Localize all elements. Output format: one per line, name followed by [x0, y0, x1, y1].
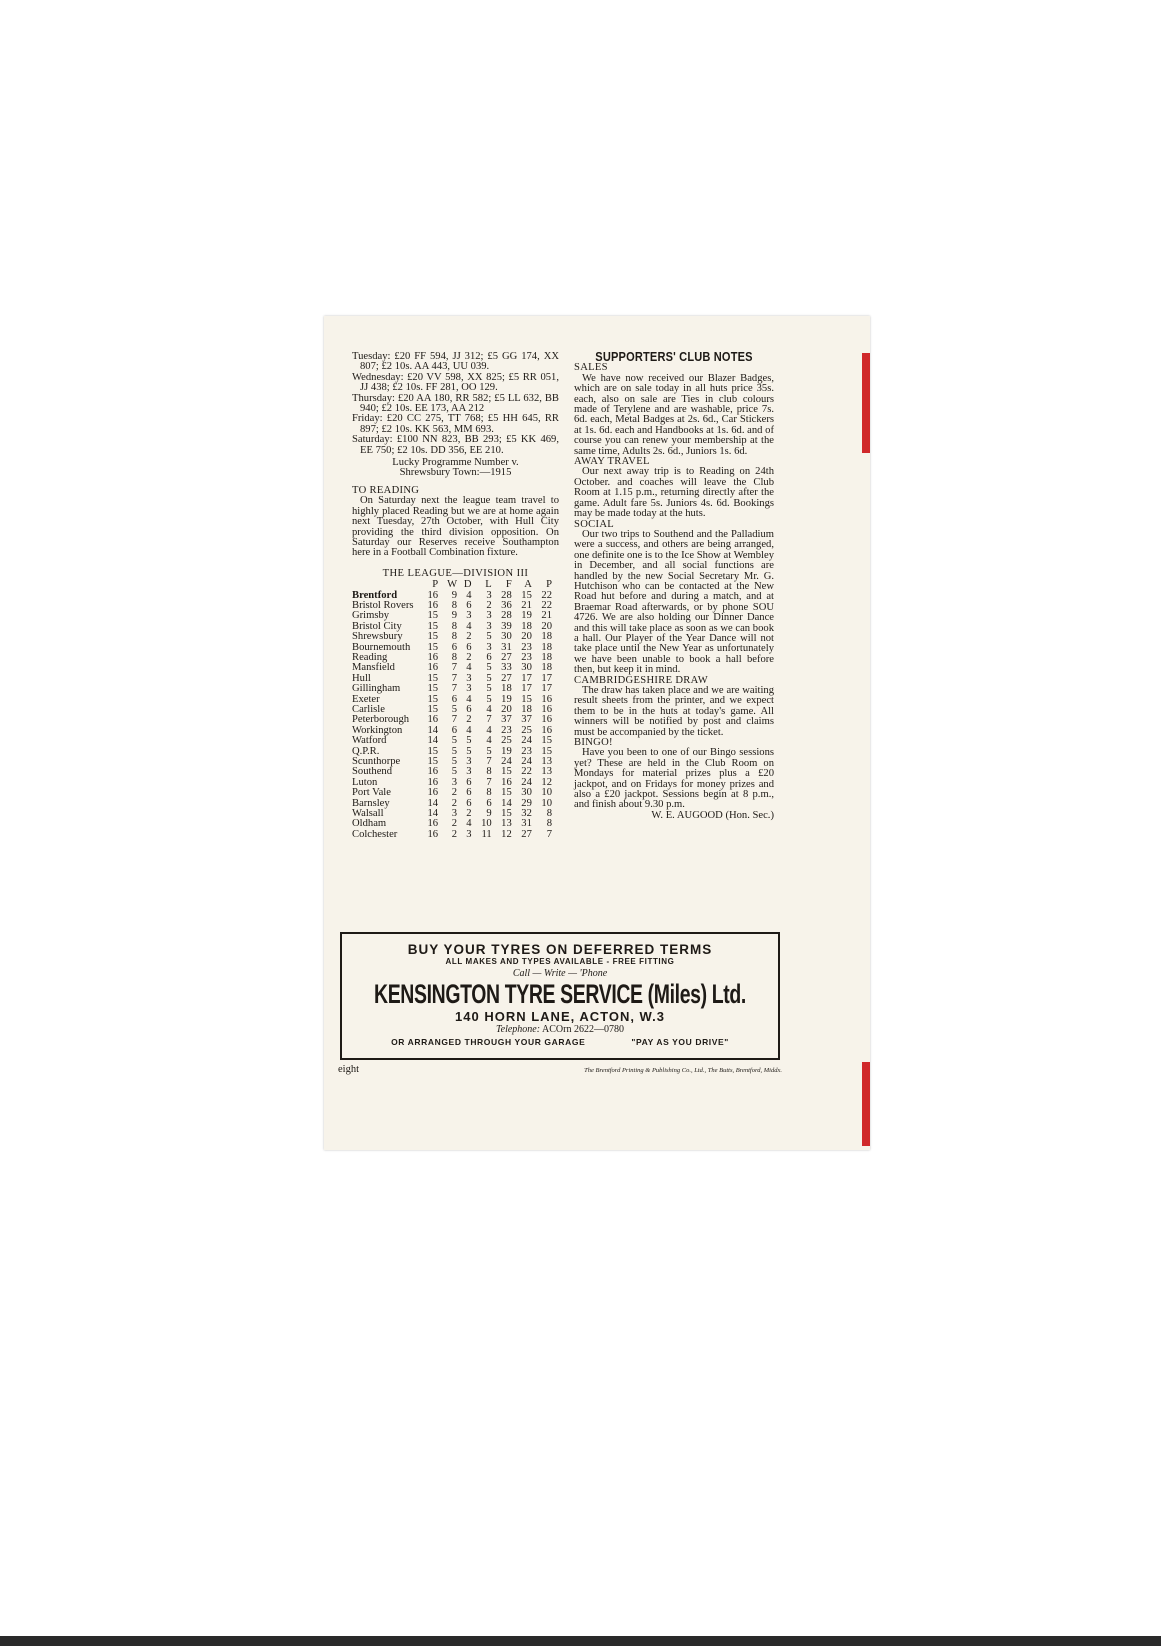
stat-cell: 15 [418, 632, 438, 642]
section-body: The draw has taken place and we are wait… [574, 686, 774, 738]
league-column-header: A [512, 580, 532, 590]
prize-draw-saturday: Saturday: £100 NN 823, BB 293; £5 KK 469… [352, 435, 559, 456]
stat-cell: 7 [532, 830, 552, 840]
advert-contact-methods: Call — Write — 'Phone [342, 968, 778, 979]
league-row: Colchester16231112277 [352, 830, 552, 840]
stat-cell: 11 [472, 830, 492, 840]
league-column-header: D [457, 580, 472, 590]
stat-cell: 8 [438, 632, 457, 642]
advert-garage: OR ARRANGED THROUGH YOUR GARAGE [391, 1037, 585, 1047]
league-column-header [352, 580, 418, 590]
section-body: Have you been to one of our Bingo sessio… [574, 748, 774, 810]
league-column-header: P [418, 580, 438, 590]
printer-imprint: The Brentford Printing & Publishing Co.,… [584, 1067, 782, 1074]
prize-draw-wednesday: Wednesday: £20 VV 598, XX 825; £5 RR 051… [352, 373, 559, 394]
stat-cell: 12 [492, 830, 512, 840]
section-body: Our next away trip is to Reading on 24th… [574, 467, 774, 519]
stat-cell: 30 [492, 632, 512, 642]
prize-draw-results: Tuesday: £20 FF 594, JJ 312; £5 GG 174, … [352, 352, 559, 456]
stat-cell: 3 [457, 830, 472, 840]
league-column-header: F [492, 580, 512, 590]
league-table: PWDLFAP Brentford16943281522Bristol Rove… [352, 580, 552, 840]
programme-page: Tuesday: £20 FF 594, JJ 312; £5 GG 174, … [324, 316, 870, 1150]
red-edge-tab-top [862, 353, 870, 453]
supporters-club-title: SUPPORTERS' CLUB NOTES [589, 352, 759, 362]
red-edge-tab-bottom [862, 1062, 870, 1146]
prize-draw-tuesday: Tuesday: £20 FF 594, JJ 312; £5 GG 174, … [352, 352, 559, 373]
team-name: Shrewsbury [352, 632, 418, 642]
stat-cell: 27 [512, 830, 532, 840]
tyre-advert: BUY YOUR TYRES ON DEFERRED TERMS ALL MAK… [340, 932, 780, 1060]
stat-cell: 5 [472, 632, 492, 642]
stat-cell: 18 [532, 632, 552, 642]
advert-subline: ALL MAKES AND TYPES AVAILABLE - FREE FIT… [342, 957, 778, 966]
stat-cell: 20 [512, 632, 532, 642]
lucky-line-2: Shrewsbury Town:—1915 [352, 468, 559, 478]
supporters-club-sections: SALESWe have now received our Blazer Bad… [574, 363, 774, 810]
section-body: We have now received our Blazer Badges, … [574, 374, 774, 457]
league-table-title: THE LEAGUE—DIVISION III [352, 569, 559, 579]
to-reading-body: On Saturday next the league team travel … [352, 496, 559, 558]
prize-draw-friday: Friday: £20 CC 275, TT 768; £5 HH 645, R… [352, 414, 559, 435]
advert-address: 140 HORN LANE, ACTON, W.3 [342, 1009, 778, 1024]
stat-cell: 2 [457, 632, 472, 642]
league-column-header: W [438, 580, 457, 590]
league-column-header: L [472, 580, 492, 590]
page-number: eight [338, 1064, 359, 1075]
left-column: Tuesday: £20 FF 594, JJ 312; £5 GG 174, … [352, 352, 559, 840]
advert-footer: OR ARRANGED THROUGH YOUR GARAGE "PAY AS … [342, 1037, 778, 1047]
team-name: Colchester [352, 830, 418, 840]
lucky-programme-number: Lucky Programme Number v. Shrewsbury Tow… [352, 458, 559, 479]
scan-edge-bar [0, 1636, 1161, 1646]
advert-telephone: Telephone: ACOrn 2622—0780 [342, 1024, 778, 1035]
league-column-header: P [532, 580, 552, 590]
prize-draw-thursday: Thursday: £20 AA 180, RR 582; £5 LL 632,… [352, 394, 559, 415]
stat-cell: 16 [418, 830, 438, 840]
section-body: Our two trips to Southend and the Pallad… [574, 530, 774, 676]
league-row: Shrewsbury15825302018 [352, 632, 552, 642]
telephone-number: ACOrn 2622—0780 [542, 1024, 624, 1035]
advert-slogan: "PAY AS YOU DRIVE" [631, 1037, 729, 1047]
right-column: SUPPORTERS' CLUB NOTES SALESWe have now … [574, 352, 774, 821]
advert-headline: BUY YOUR TYRES ON DEFERRED TERMS [342, 942, 778, 957]
stat-cell: 2 [438, 830, 457, 840]
league-table-header: PWDLFAP [352, 580, 552, 590]
advert-company-name: KENSINGTON TYRE SERVICE (Miles) Ltd. [345, 979, 774, 1009]
telephone-label: Telephone: [496, 1024, 540, 1035]
signoff: W. E. AUGOOD (Hon. Sec.) [574, 811, 774, 821]
